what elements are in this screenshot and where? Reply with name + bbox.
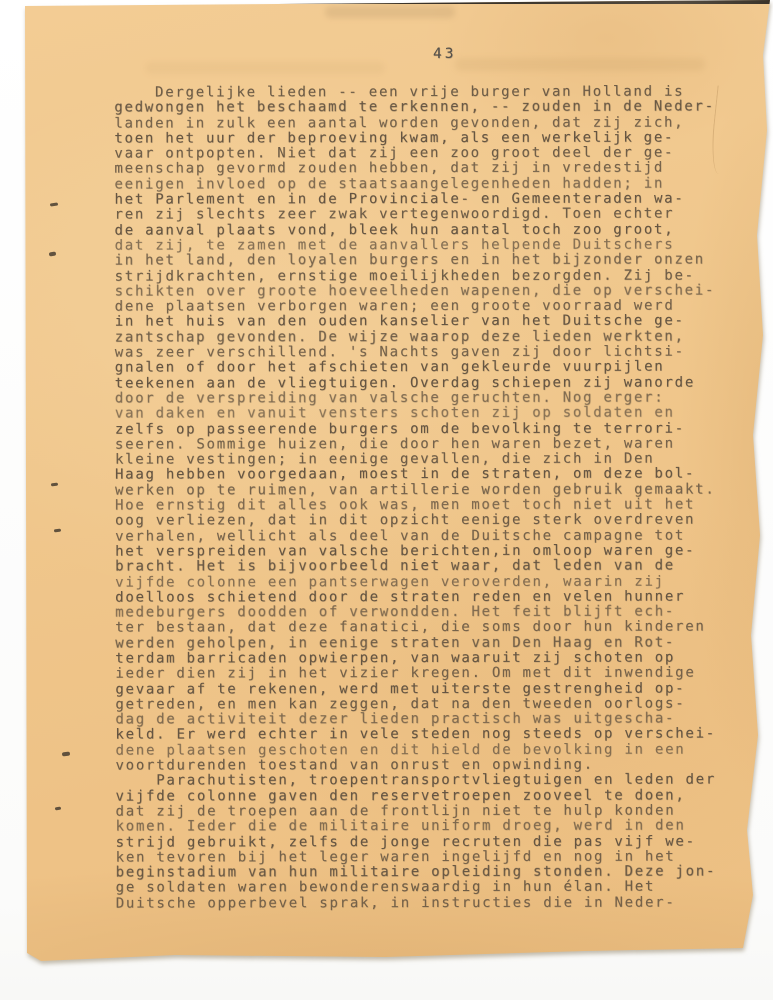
ink-speck: [54, 529, 61, 533]
ink-speck: [50, 202, 58, 206]
ink-speck: [62, 751, 70, 756]
text-line: eenigen invloed op de staatsaangelegenhe…: [114, 176, 762, 192]
ink-speck: [49, 252, 56, 257]
ink-speck: [51, 483, 58, 487]
text-line: werden geholpen, in eenige straten van D…: [115, 635, 763, 651]
text-line: dene plaatsen verborgen waren; een groot…: [115, 299, 763, 315]
body-text: Dergelijke lieden -- een vrije burger va…: [114, 84, 763, 911]
text-line: ieder dien zij in het vizier kregen. Om …: [115, 666, 763, 682]
text-line: dag de activiteit dezer lieden practisch…: [115, 712, 763, 728]
paper-shadow: 43 Dergelijke lieden -- een vrije burger…: [25, 0, 770, 964]
ink-speck: [55, 807, 61, 811]
paper-sheet: 43 Dergelijke lieden -- een vrije burger…: [25, 0, 770, 964]
text-line: landen in zulk een aantal worden gevonde…: [114, 115, 762, 131]
scan-background: 43 Dergelijke lieden -- een vrije burger…: [0, 0, 773, 1000]
ghost-text-smudge: [455, 58, 705, 71]
text-line: verhalen, wellicht als deel van de Duits…: [115, 528, 763, 544]
text-line: meenschap gevormd zouden hebben, dat zij…: [114, 161, 762, 177]
ghost-text-smudge: [145, 62, 385, 74]
page-number: 43: [433, 46, 456, 62]
text-line: van daken en vanuit vensters schoten zij…: [115, 406, 763, 422]
scan-edge-artifact: [25, 0, 770, 4]
text-line: was zeer verschillend. 's Nachts gaven z…: [115, 344, 763, 360]
text-line: bracht. Het is bijvoorbeeld niet waar, d…: [115, 559, 763, 575]
text-line: komen. Ieder die de militaire uniform dr…: [116, 819, 764, 835]
text-line: voortdurenden toestand van onrust en opw…: [115, 757, 763, 773]
text-line: Duitsche opperbevel sprak, in instructie…: [116, 895, 764, 911]
text-line: ren zij slechts zeer zwak vertegenwoordi…: [114, 207, 762, 223]
text-line: vijfde colonne een pantserwagen veroverd…: [115, 574, 763, 590]
ink-smudge: [325, 6, 455, 18]
text-line: kleine vestingen; in eenige gevallen, di…: [115, 452, 763, 468]
